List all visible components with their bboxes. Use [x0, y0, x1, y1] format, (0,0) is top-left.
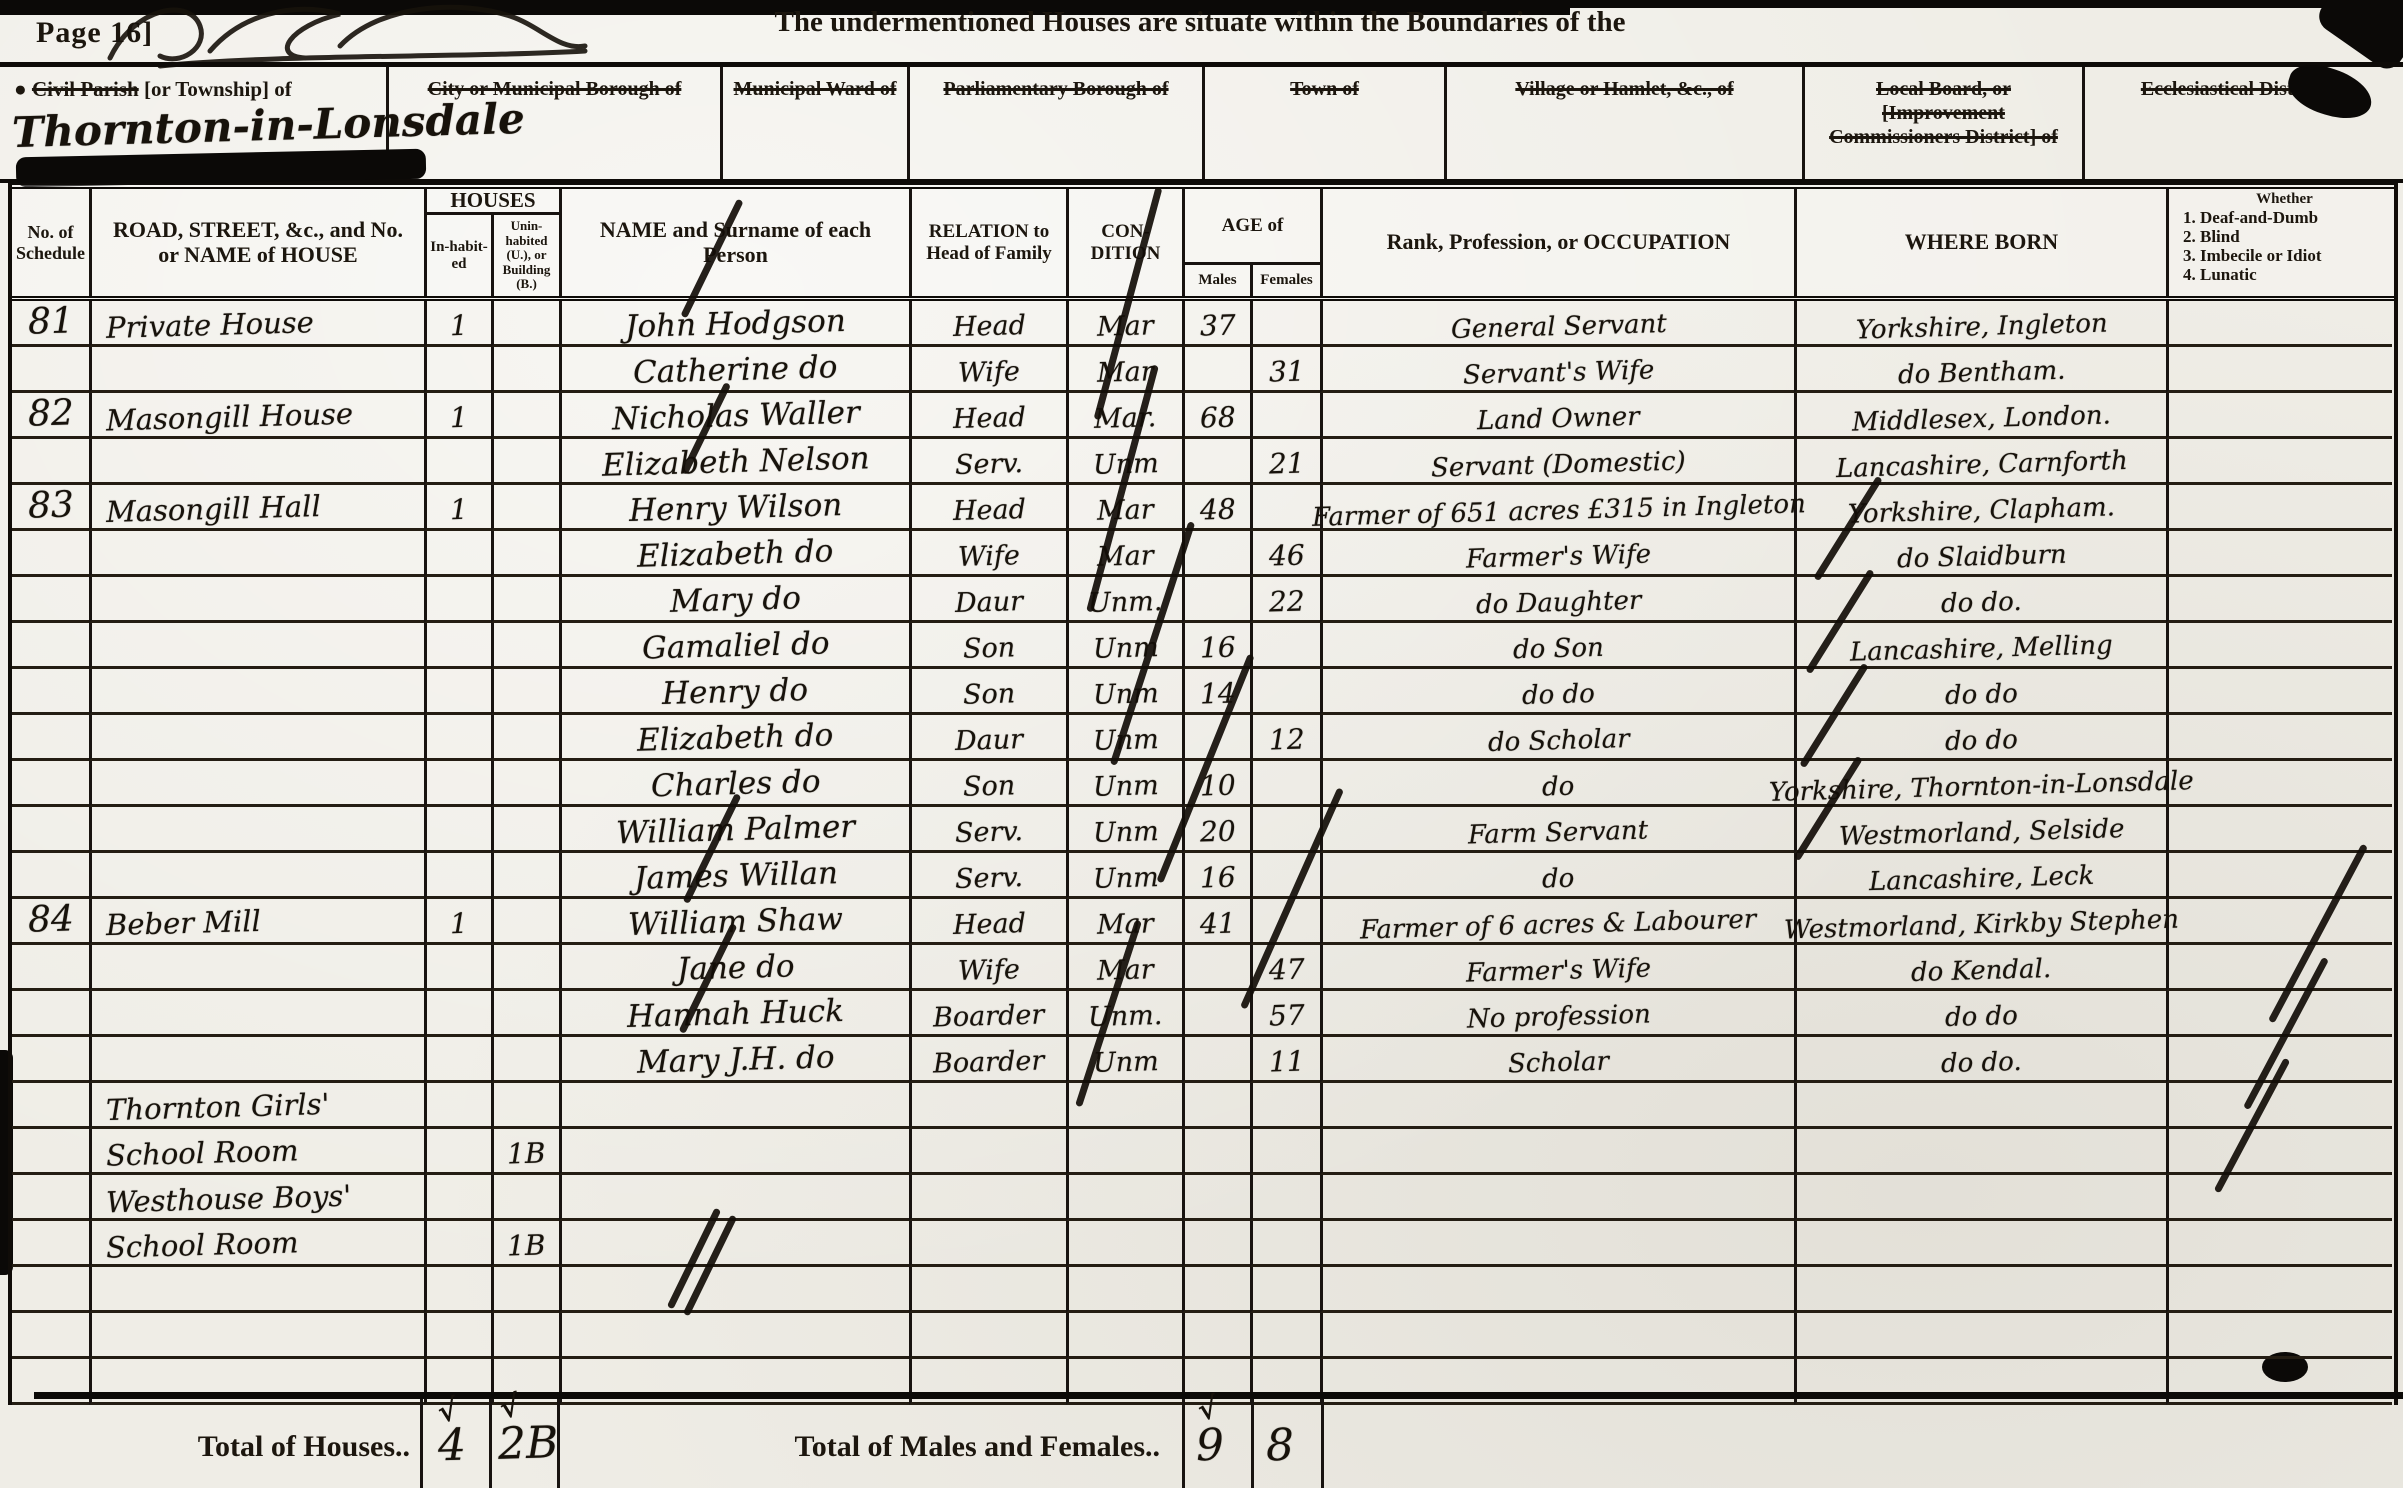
district-label-struck: Municipal Ward of — [734, 78, 897, 100]
cell-relation: Daur — [909, 715, 1066, 761]
cell-uninhabited — [491, 991, 559, 1037]
cell-where-born: do Bentham. — [1794, 347, 2166, 393]
cell-uninhabited — [491, 1267, 559, 1313]
cell-age-male — [1182, 531, 1250, 577]
cell-person-name-text: Jane do — [676, 948, 795, 987]
cell-occupation-text: Farmer's Wife — [1466, 953, 1652, 988]
table-row: Mary J.H. doBoarderUnm11Scholardo do. — [12, 1037, 2394, 1083]
table-row: School Room1B — [12, 1129, 2394, 1175]
cell-inhabited — [424, 761, 491, 807]
cell-inhabited — [424, 1267, 491, 1313]
cell-where-born-text: Westmorland, Selside — [1838, 814, 2124, 852]
cell-occupation — [1320, 1175, 1794, 1221]
cell-condition: Unm — [1066, 761, 1182, 807]
cell-inhabited — [424, 807, 491, 853]
cell-house-name — [89, 1313, 424, 1359]
cell-age-male — [1182, 1175, 1250, 1221]
totals-gridline — [489, 1399, 492, 1488]
cell-person-name-text: Henry Wilson — [628, 487, 842, 529]
cell-occupation: Farmer of 6 acres & Labourer — [1320, 899, 1794, 945]
cell-relation-text: Serv. — [955, 862, 1024, 895]
cell-condition-text: Unm. — [1088, 586, 1163, 619]
cell-where-born: Yorkshire, Ingleton — [1794, 301, 2166, 347]
table-row: Thornton Girls' — [12, 1083, 2394, 1129]
cell-inhabited — [424, 1221, 491, 1267]
cell-house-name-text: Masongill Hall — [106, 489, 322, 529]
cell-age-male: 16 — [1182, 623, 1250, 669]
cell-occupation: Farmer's Wife — [1320, 945, 1794, 991]
cell-schedule — [12, 669, 89, 715]
cell-person-name-text: Elizabeth Nelson — [601, 440, 870, 483]
cell-relation-text: Serv. — [955, 448, 1024, 481]
cell-age-female — [1250, 669, 1320, 715]
cell-age-female-text: 11 — [1268, 1045, 1305, 1079]
district-box-civil-parish: ● Civil Parish [or Township] ofThornton-… — [0, 67, 389, 179]
cell-schedule-text: 83 — [27, 484, 74, 526]
cell-person-name-text: Nicholas Waller — [611, 395, 860, 438]
cell-schedule — [12, 1083, 89, 1129]
cell-person-name — [559, 1267, 909, 1313]
cell-age-male — [1182, 1221, 1250, 1267]
cell-occupation: Farmer's Wife — [1320, 531, 1794, 577]
cell-condition: Mar. — [1066, 393, 1182, 439]
cell-age-male — [1182, 1313, 1250, 1359]
cell-relation: Serv. — [909, 439, 1066, 485]
total-females-value: 8 — [1265, 1420, 1294, 1472]
cell-age-female — [1250, 393, 1320, 439]
cell-age-female-text: 22 — [1268, 585, 1305, 619]
cell-infirmity — [2166, 761, 2392, 807]
cell-house-name: Beber Mill — [89, 899, 424, 945]
cell-uninhabited — [491, 1175, 559, 1221]
cell-inhabited: 1 — [424, 899, 491, 945]
cell-uninhabited — [491, 623, 559, 669]
district-label-struck: Village or Hamlet, &c., of — [1515, 78, 1733, 100]
total-males-females-label: Total of Males and Females.. — [690, 1430, 1160, 1464]
table-header: No. of Schedule ROAD, STREET, &c., and N… — [12, 183, 2394, 301]
col-header-males: Males — [1182, 265, 1250, 296]
cell-occupation: do Scholar — [1320, 715, 1794, 761]
cell-age-female: 11 — [1250, 1037, 1320, 1083]
cell-occupation-text: General Servant — [1450, 309, 1667, 345]
cell-relation: Serv. — [909, 807, 1066, 853]
cell-age-male-text: 68 — [1199, 401, 1236, 435]
cell-schedule — [12, 577, 89, 623]
cell-schedule: 82 — [12, 393, 89, 439]
cell-occupation-text: do — [1542, 864, 1575, 895]
cell-condition — [1066, 1175, 1182, 1221]
table-row: 81Private House1John HodgsonHeadMar37Gen… — [12, 301, 2394, 347]
table-row: School Room1B — [12, 1221, 2394, 1267]
cell-schedule — [12, 807, 89, 853]
cell-infirmity — [2166, 623, 2392, 669]
cell-where-born-text: Westmorland, Kirkby Stephen — [1784, 904, 2180, 945]
cell-condition: Unm — [1066, 807, 1182, 853]
cell-where-born-text: do Kendal. — [1911, 954, 2052, 988]
cell-age-male: 41 — [1182, 899, 1250, 945]
district-box-village-or-hamlet: Village or Hamlet, &c., of — [1447, 67, 1805, 179]
cell-schedule — [12, 715, 89, 761]
cell-house-name — [89, 1037, 424, 1083]
cell-age-female — [1250, 1083, 1320, 1129]
cell-where-born-text: do do — [1945, 1001, 2019, 1033]
cell-uninhabited: 1B — [491, 1129, 559, 1175]
cell-where-born — [1794, 1221, 2166, 1267]
cell-schedule — [12, 1267, 89, 1313]
district-label-struck: City or Municipal Borough of — [428, 78, 682, 100]
cell-house-name-text: Westhouse Boys' — [106, 1179, 352, 1220]
cell-where-born: Westmorland, Kirkby Stephen — [1794, 899, 2166, 945]
cell-house-name — [89, 807, 424, 853]
cell-age-female-text: 12 — [1268, 723, 1305, 757]
district-label: Village or Hamlet, &c., of — [1447, 77, 1802, 101]
cell-house-name — [89, 761, 424, 807]
cell-occupation: do do — [1320, 669, 1794, 715]
cell-where-born: Middlesex, London. — [1794, 393, 2166, 439]
cell-relation-text: Serv. — [955, 816, 1024, 849]
cell-relation: Wife — [909, 945, 1066, 991]
table-row: 84Beber Mill1William ShawHeadMar41Farmer… — [12, 899, 2394, 945]
totals-separator-line — [34, 1392, 2403, 1399]
cell-condition-text: Unm — [1092, 862, 1159, 895]
total-males-value: 9 — [1195, 1420, 1224, 1472]
district-label: Parliamentary Borough of — [910, 77, 1202, 101]
cell-schedule — [12, 945, 89, 991]
cell-age-male-text: 16 — [1199, 631, 1236, 665]
cell-infirmity — [2166, 1267, 2392, 1313]
district-header-row: ● Civil Parish [or Township] ofThornton-… — [0, 62, 2403, 183]
cell-person-name: Nicholas Waller — [559, 393, 909, 439]
cell-person-name: Henry do — [559, 669, 909, 715]
cell-condition: Unm. — [1066, 991, 1182, 1037]
cell-age-female-text: 31 — [1268, 355, 1305, 389]
district-label: Local Board, or [Improvement Commissione… — [1805, 77, 2082, 149]
cell-relation: Boarder — [909, 991, 1066, 1037]
col-header-uninhabited: Unin-habited (U.), or Building (B.) — [491, 215, 559, 296]
cell-age-male — [1182, 577, 1250, 623]
cell-inhabited — [424, 439, 491, 485]
cell-person-name-text: Elizabeth do — [637, 717, 834, 758]
cell-occupation-text: Farmer's Wife — [1466, 539, 1652, 574]
cell-person-name-text: Henry do — [662, 672, 809, 712]
cell-age-female — [1250, 1221, 1320, 1267]
cell-relation — [909, 1083, 1066, 1129]
cell-age-male — [1182, 1267, 1250, 1313]
cell-schedule — [12, 761, 89, 807]
cell-relation-text: Boarder — [933, 1045, 1045, 1079]
cell-inhabited — [424, 1175, 491, 1221]
cell-where-born: do Slaidburn — [1794, 531, 2166, 577]
cell-occupation: do — [1320, 853, 1794, 899]
cell-age-male: 68 — [1182, 393, 1250, 439]
cell-where-born — [1794, 1083, 2166, 1129]
cell-uninhabited — [491, 853, 559, 899]
table-row: Catherine doWifeMar31Servant's Wifedo Be… — [12, 347, 2394, 393]
cell-relation-text: Head — [952, 402, 1026, 435]
cell-infirmity — [2166, 1129, 2392, 1175]
cell-infirmity — [2166, 945, 2392, 991]
cell-house-name-text: Masongill House — [106, 397, 354, 438]
cell-relation-text: Head — [952, 908, 1026, 941]
cell-condition-text: Unm — [1092, 770, 1159, 803]
cell-infirmity — [2166, 1313, 2392, 1359]
cell-uninhabited — [491, 899, 559, 945]
cell-inhabited: 1 — [424, 393, 491, 439]
cell-uninhabited — [491, 439, 559, 485]
cell-condition: Mar — [1066, 899, 1182, 945]
district-label-struck: Town of — [1290, 78, 1359, 100]
cell-schedule — [12, 623, 89, 669]
col-header-inhabited: In-habit-ed — [424, 215, 491, 296]
district-box-local-board: Local Board, or [Improvement Commissione… — [1805, 67, 2085, 179]
cell-occupation: Farm Servant — [1320, 807, 1794, 853]
col-header-road: ROAD, STREET, &c., and No. or NAME of HO… — [89, 189, 424, 296]
cell-schedule — [12, 1221, 89, 1267]
cell-relation: Head — [909, 485, 1066, 531]
cell-condition: Mar — [1066, 347, 1182, 393]
cell-condition-text: Mar — [1097, 494, 1154, 527]
cell-age-male — [1182, 1083, 1250, 1129]
cell-relation — [909, 1221, 1066, 1267]
cell-occupation: do Son — [1320, 623, 1794, 669]
cell-inhabited: 1 — [424, 485, 491, 531]
col-header-schedule: No. of Schedule — [12, 189, 89, 296]
cell-age-female — [1250, 1129, 1320, 1175]
table-row: 83Masongill Hall1Henry WilsonHeadMar48Fa… — [12, 485, 2394, 531]
cell-occupation-text: Servant's Wife — [1462, 355, 1654, 390]
cell-condition — [1066, 1221, 1182, 1267]
cell-person-name-text: Hannah Huck — [627, 993, 845, 1035]
district-box-ecclesiastical-district: Ecclesiastical District of — [2085, 67, 2401, 179]
cell-house-name — [89, 715, 424, 761]
cell-uninhabited — [491, 393, 559, 439]
cell-house-name: Westhouse Boys' — [89, 1175, 424, 1221]
cell-relation: Head — [909, 301, 1066, 347]
cell-condition-text: Unm — [1092, 678, 1159, 711]
cell-age-female — [1250, 1313, 1320, 1359]
cell-occupation — [1320, 1221, 1794, 1267]
cell-uninhabited — [491, 301, 559, 347]
cell-infirmity — [2166, 301, 2392, 347]
table-row: Elizabeth doWifeMar46Farmer's Wifedo Sla… — [12, 531, 2394, 577]
infirmity-item-3: 3. Imbecile or Idiot — [2183, 246, 2386, 265]
form-title: The undermentioned Houses are situate wi… — [775, 6, 1626, 39]
cell-schedule — [12, 1037, 89, 1083]
cell-occupation: Farmer of 651 acres £315 in Ingleton — [1320, 485, 1794, 531]
cell-relation: Head — [909, 899, 1066, 945]
cell-person-name-text: Mary J.H. do — [636, 1039, 834, 1081]
cell-relation-text: Wife — [958, 356, 1021, 389]
cell-house-name: Thornton Girls' — [89, 1083, 424, 1129]
cell-age-female-text: 57 — [1268, 999, 1305, 1033]
cell-house-name-text: School Room — [106, 1133, 299, 1172]
col-header-condition: CON-DITION — [1066, 189, 1182, 296]
cell-schedule — [12, 853, 89, 899]
cell-person-name: Henry Wilson — [559, 485, 909, 531]
cell-where-born-text: Yorkshire, Clapham. — [1848, 492, 2116, 529]
cell-person-name-text: Mary do — [670, 580, 802, 620]
cell-person-name — [559, 1221, 909, 1267]
cell-schedule — [12, 531, 89, 577]
cell-house-name — [89, 853, 424, 899]
col-header-relation: RELATION to Head of Family — [909, 189, 1066, 296]
cell-house-name — [89, 439, 424, 485]
cell-condition: Unm — [1066, 669, 1182, 715]
cell-occupation-text: Farmer of 651 acres £315 in Ingleton — [1311, 489, 1805, 533]
infirmity-item-2: 2. Blind — [2183, 227, 2386, 246]
cell-relation-text: Boarder — [933, 999, 1045, 1033]
infirmity-item-4: 4. Lunatic — [2183, 265, 2386, 284]
table-row: 82Masongill House1Nicholas WallerHeadMar… — [12, 393, 2394, 439]
cell-age-female: 22 — [1250, 577, 1320, 623]
cell-house-name — [89, 991, 424, 1037]
col-header-born: WHERE BORN — [1794, 189, 2166, 296]
cell-uninhabited — [491, 945, 559, 991]
table-row: Elizabeth NelsonServ.Unm21Servant (Domes… — [12, 439, 2394, 485]
cell-uninhabited — [491, 1083, 559, 1129]
cell-person-name — [559, 1175, 909, 1221]
cell-where-born-text: do Bentham. — [1897, 356, 2065, 391]
cell-relation: Daur — [909, 577, 1066, 623]
cell-infirmity — [2166, 577, 2392, 623]
cell-inhabited-text: 1 — [450, 401, 469, 434]
cell-where-born — [1794, 1175, 2166, 1221]
cell-inhabited — [424, 1129, 491, 1175]
cell-inhabited — [424, 853, 491, 899]
cell-condition: Mar — [1066, 531, 1182, 577]
cell-house-name-text: Private House — [106, 305, 315, 345]
cell-uninhabited-text: 1B — [507, 1228, 546, 1262]
cell-person-name: Elizabeth Nelson — [559, 439, 909, 485]
cell-uninhabited — [491, 1037, 559, 1083]
cell-schedule-text: 84 — [27, 898, 74, 940]
cell-uninhabited — [491, 669, 559, 715]
cell-where-born — [1794, 1313, 2166, 1359]
cell-where-born: do do — [1794, 991, 2166, 1037]
cell-where-born: Lancashire, Leck — [1794, 853, 2166, 899]
cell-inhabited — [424, 531, 491, 577]
table-row: Hannah HuckBoarderUnm.57No professiondo … — [12, 991, 2394, 1037]
cell-infirmity — [2166, 485, 2392, 531]
cell-occupation — [1320, 1267, 1794, 1313]
district-label-struck: Local Board, or [Improvement Commissione… — [1829, 78, 2058, 148]
cell-inhabited — [424, 945, 491, 991]
cell-relation: Son — [909, 669, 1066, 715]
cell-house-name: School Room — [89, 1129, 424, 1175]
cell-age-female — [1250, 807, 1320, 853]
cell-uninhabited — [491, 577, 559, 623]
cell-person-name: Elizabeth do — [559, 715, 909, 761]
cell-age-female-text: 47 — [1268, 953, 1305, 987]
cell-schedule: 83 — [12, 485, 89, 531]
district-label-plain: [or Township] of — [139, 77, 292, 101]
cell-person-name-text: Gamaliel do — [641, 625, 830, 666]
cell-where-born-text: do do — [1945, 725, 2019, 757]
cell-house-name: Masongill House — [89, 393, 424, 439]
cell-person-name-text: James Willan — [633, 855, 838, 897]
cell-schedule — [12, 1175, 89, 1221]
cell-person-name — [559, 1129, 909, 1175]
cell-occupation: No profession — [1320, 991, 1794, 1037]
cell-relation-text: Daur — [955, 724, 1024, 757]
cell-condition-text: Unm — [1092, 816, 1159, 849]
ink-blob — [2282, 57, 2378, 127]
cell-occupation: Servant's Wife — [1320, 347, 1794, 393]
cell-house-name — [89, 531, 424, 577]
cell-age-female — [1250, 761, 1320, 807]
cell-infirmity — [2166, 393, 2392, 439]
cell-person-name: Mary J.H. do — [559, 1037, 909, 1083]
cell-age-female: 31 — [1250, 347, 1320, 393]
cell-schedule — [12, 1129, 89, 1175]
cell-where-born: Westmorland, Selside — [1794, 807, 2166, 853]
totals-gridline — [1321, 1399, 1324, 1488]
cell-relation: Son — [909, 761, 1066, 807]
cell-person-name-text: John Hodgson — [625, 303, 847, 345]
cell-person-name-text: William Shaw — [628, 901, 844, 943]
cell-relation: Wife — [909, 347, 1066, 393]
cell-occupation-text: do Scholar — [1487, 724, 1629, 758]
cell-condition: Unm — [1066, 623, 1182, 669]
cell-condition-text: Mar — [1097, 908, 1154, 941]
cell-person-name-text: Catherine do — [633, 349, 838, 391]
cell-where-born: Lancashire, Carnforth — [1794, 439, 2166, 485]
table-row: Elizabeth doDaurUnm12do Scholardo do — [12, 715, 2394, 761]
cell-occupation: Scholar — [1320, 1037, 1794, 1083]
cell-occupation-text: No profession — [1466, 999, 1651, 1034]
cell-house-name — [89, 347, 424, 393]
cell-age-male-text: 37 — [1199, 309, 1236, 343]
cell-relation-text: Son — [962, 770, 1015, 802]
cell-occupation-text: do — [1542, 772, 1575, 803]
cell-house-name-text: Thornton Girls' — [106, 1087, 330, 1127]
cell-where-born: Lancashire, Melling — [1794, 623, 2166, 669]
cell-age-male: 37 — [1182, 301, 1250, 347]
cell-occupation-text: Scholar — [1508, 1047, 1610, 1080]
cell-where-born-text: do do. — [1941, 587, 2022, 619]
district-box-town: Town of — [1205, 67, 1447, 179]
cell-uninhabited — [491, 807, 559, 853]
cell-age-male — [1182, 945, 1250, 991]
cell-age-female: 46 — [1250, 531, 1320, 577]
cell-person-name — [559, 1313, 909, 1359]
cell-inhabited — [424, 1083, 491, 1129]
cell-age-female — [1250, 301, 1320, 347]
totals-gridline — [1251, 1399, 1254, 1488]
cell-age-female-text: 21 — [1268, 447, 1305, 481]
cell-age-female — [1250, 1267, 1320, 1313]
col-header-occupation: Rank, Profession, or OCCUPATION — [1320, 189, 1794, 296]
cell-person-name — [559, 1083, 909, 1129]
cell-inhabited — [424, 669, 491, 715]
district-label: City or Municipal Borough of — [389, 77, 720, 101]
cell-person-name: William Palmer — [559, 807, 909, 853]
cell-where-born-text: Middlesex, London. — [1852, 400, 2112, 437]
cell-uninhabited-text: 1B — [507, 1136, 546, 1170]
cell-infirmity — [2166, 807, 2392, 853]
cell-relation: Head — [909, 393, 1066, 439]
cell-condition — [1066, 1313, 1182, 1359]
cell-inhabited — [424, 715, 491, 761]
cell-uninhabited — [491, 485, 559, 531]
total-houses-label: Total of Houses.. — [130, 1430, 410, 1464]
table-row: William PalmerServ.Unm20Farm ServantWest… — [12, 807, 2394, 853]
cell-age-female: 21 — [1250, 439, 1320, 485]
totals-gridline — [557, 1399, 560, 1488]
infirmity-item-1: 1. Deaf-and-Dumb — [2183, 208, 2386, 227]
cell-relation: Son — [909, 623, 1066, 669]
cell-occupation-text: do do — [1522, 679, 1596, 711]
